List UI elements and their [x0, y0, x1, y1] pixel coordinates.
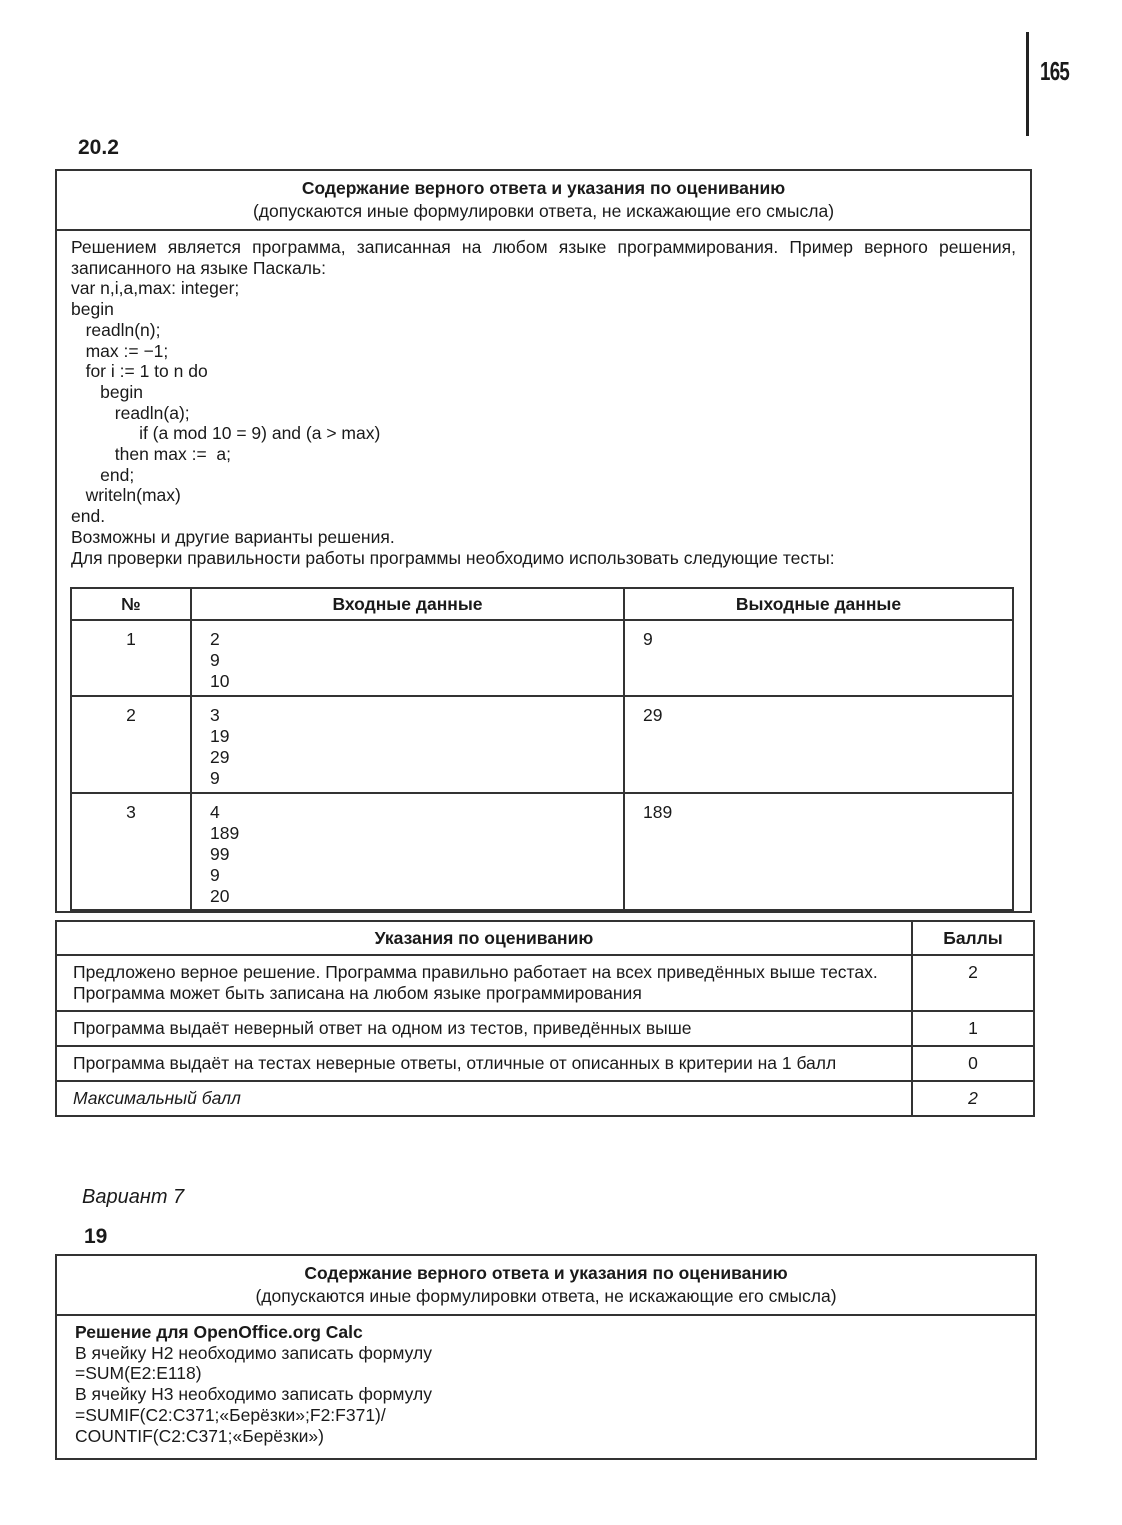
col-header-num: № — [71, 588, 191, 620]
table-row: 1 2 9 10 9 — [71, 620, 1013, 696]
input-value: 99 — [210, 844, 605, 865]
note-other-solutions: Возможны и другие варианты решения. — [71, 527, 1016, 548]
points: 0 — [912, 1046, 1034, 1081]
variant-label: Вариант 7 — [82, 1186, 184, 1209]
code-line: begin — [71, 299, 1016, 320]
criterion-text: Программа может быть записана на любом я… — [73, 983, 895, 1004]
answer-box-header: Содержание верного ответа и указания по … — [57, 1256, 1035, 1316]
col-header-input: Входные данные — [191, 588, 624, 620]
table-row: 2 3 19 29 9 29 — [71, 696, 1013, 793]
task-number-20-2: 20.2 — [78, 136, 119, 160]
header-title: Содержание верного ответа и указания по … — [57, 1262, 1035, 1285]
input-value: 189 — [210, 823, 605, 844]
task-number-19: 19 — [84, 1225, 107, 1249]
table-row: 3 4 189 99 9 20 189 — [71, 793, 1013, 910]
code-line: begin — [71, 382, 1016, 403]
max-score-row: Максимальный балл 2 — [56, 1081, 1034, 1116]
input-value: 9 — [210, 768, 605, 789]
test-input: 3 19 29 9 — [191, 696, 624, 793]
code-line: var n,i,a,max: integer; — [71, 278, 1016, 299]
input-value: 29 — [210, 747, 605, 768]
header-subtitle: (допускаются иные формулировки ответа, н… — [57, 1285, 1035, 1308]
test-output: 29 — [624, 696, 1013, 793]
col-header-criteria: Указания по оцениванию — [56, 921, 912, 955]
solution-title: Решение для OpenOffice.org Calc — [75, 1322, 1021, 1343]
test-input: 2 9 10 — [191, 620, 624, 696]
test-num: 2 — [71, 696, 191, 793]
answer-body: Решением является программа, записанная … — [57, 231, 1030, 568]
table-row: Предложено верное решение. Программа пра… — [56, 955, 1034, 1011]
input-value: 9 — [210, 650, 605, 671]
header-subtitle: (допускаются иные формулировки ответа, н… — [57, 200, 1030, 223]
formula-h2: =SUM(E2:E118) — [75, 1363, 1021, 1384]
criterion: Предложено верное решение. Программа пра… — [56, 955, 912, 1011]
input-value: 4 — [210, 802, 605, 823]
code-line: if (a mod 10 = 9) and (a > max) — [71, 423, 1016, 444]
formula-h3-cont: COUNTIF(C2:C371;«Берёзки») — [75, 1426, 1021, 1447]
code-line: readln(n); — [71, 320, 1016, 341]
tests-header-row: № Входные данные Выходные данные — [71, 588, 1013, 620]
solution-line: В ячейку H3 необходимо записать формулу — [75, 1384, 1021, 1405]
header-title: Содержание верного ответа и указания по … — [57, 177, 1030, 200]
solution-line: В ячейку H2 необходимо записать формулу — [75, 1343, 1021, 1364]
max-score-value: 2 — [912, 1081, 1034, 1116]
page-margin-rule — [1026, 32, 1029, 136]
code-line: for i := 1 to n do — [71, 361, 1016, 382]
code-line: readln(a); — [71, 403, 1016, 424]
answer-body: Решение для OpenOffice.org Calc В ячейку… — [57, 1316, 1035, 1446]
col-header-points: Баллы — [912, 921, 1034, 955]
code-line: max := −1; — [71, 341, 1016, 362]
code-line: end; — [71, 465, 1016, 486]
code-line: writeln(max) — [71, 485, 1016, 506]
criterion-text: Предложено верное решение. Программа пра… — [73, 962, 895, 983]
input-value: 19 — [210, 726, 605, 747]
points: 2 — [912, 955, 1034, 1011]
test-output: 189 — [624, 793, 1013, 910]
input-value: 9 — [210, 865, 605, 886]
formula-h3: =SUMIF(C2:C371;«Берёзки»;F2:F371)/ — [75, 1405, 1021, 1426]
note-tests: Для проверки правильности работы програм… — [71, 548, 1016, 569]
criterion: Программа выдаёт неверный ответ на одном… — [56, 1011, 912, 1046]
points: 1 — [912, 1011, 1034, 1046]
tests-table: № Входные данные Выходные данные 1 2 9 1… — [70, 587, 1014, 911]
page-number: 165 — [1040, 56, 1069, 87]
answer-box-header: Содержание верного ответа и указания по … — [57, 171, 1030, 231]
table-row: Программа выдаёт на тестах неверные отве… — [56, 1046, 1034, 1081]
grading-header-row: Указания по оцениванию Баллы — [56, 921, 1034, 955]
test-num: 3 — [71, 793, 191, 910]
test-input: 4 189 99 9 20 — [191, 793, 624, 910]
test-num: 1 — [71, 620, 191, 696]
input-value: 10 — [210, 671, 605, 692]
solution-intro: Решением является программа, записанная … — [71, 237, 1016, 278]
table-row: Программа выдаёт неверный ответ на одном… — [56, 1011, 1034, 1046]
criterion: Программа выдаёт на тестах неверные отве… — [56, 1046, 912, 1081]
code-line: end. — [71, 506, 1016, 527]
answer-box-19: Содержание верного ответа и указания по … — [55, 1254, 1037, 1460]
col-header-output: Выходные данные — [624, 588, 1013, 620]
input-value: 20 — [210, 886, 605, 907]
test-output: 9 — [624, 620, 1013, 696]
grading-table: Указания по оцениванию Баллы Предложено … — [55, 920, 1035, 1117]
max-score-label: Максимальный балл — [56, 1081, 912, 1116]
input-value: 3 — [210, 705, 605, 726]
pascal-code: var n,i,a,max: integer; begin readln(n);… — [71, 278, 1016, 526]
input-value: 2 — [210, 629, 605, 650]
code-line: then max := a; — [71, 444, 1016, 465]
